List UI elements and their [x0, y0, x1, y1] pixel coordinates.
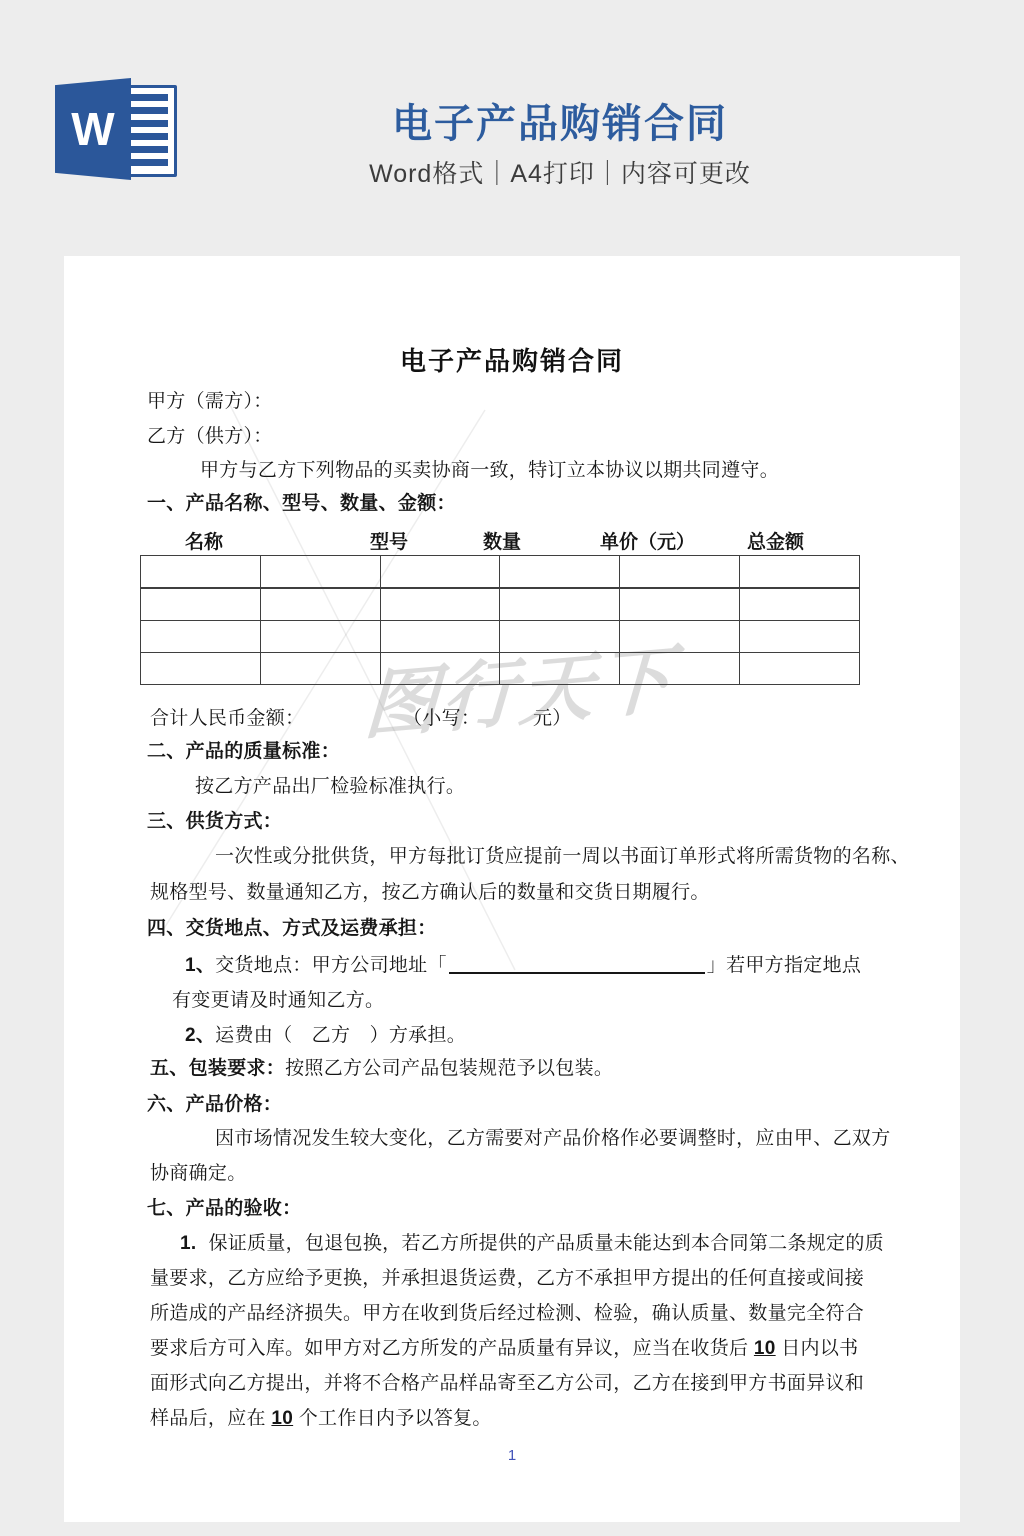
item-number: 1. [180, 1233, 196, 1254]
table-column-header: 单价（元） [600, 527, 695, 554]
table-cell [141, 653, 261, 685]
section3-line1: 一次性或分批供货，甲方每批订货应提前一周以书面订单形式将所需货物的名称、 [215, 841, 910, 868]
section6-line1: 因市场情况发生较大变化，乙方需要对产品价格作必要调整时，应由甲、乙双方 [215, 1123, 891, 1150]
section5-heading: 五、包装要求： [150, 1058, 285, 1079]
section7-line6-pre: 样品后，应在 [150, 1408, 266, 1429]
table-cell [740, 653, 860, 685]
days-value: 10 [754, 1338, 776, 1359]
delivery-location-text: 交货地点：甲方公司地址「 [215, 955, 447, 976]
item-number: 1、 [185, 955, 215, 976]
delivery-location-cont: 有变更请及时通知乙方。 [172, 985, 384, 1012]
total-amount-label: 合计人民币金额： [150, 703, 304, 730]
table-column-header: 名称 [185, 527, 223, 554]
document-page: 图行天下 电子产品购销合同 甲方（需方）： 乙方（供方）： 甲方与乙方下列物品的… [64, 256, 960, 1522]
table-column-header: 总金额 [747, 527, 804, 554]
section1-heading: 一、产品名称、型号、数量、金额： [147, 488, 456, 515]
table-cell [380, 588, 500, 621]
table-column-header: 型号 [370, 527, 408, 554]
section7-line6-post: 个工作日内予以答复。 [299, 1408, 492, 1429]
section5-body: 按照乙方公司产品包装规范予以包装。 [285, 1058, 613, 1079]
section7-heading: 七、产品的验收： [147, 1193, 301, 1220]
table-row [141, 556, 860, 589]
table-cell [260, 556, 380, 589]
section7-line4-pre: 要求后方可入库。如甲方对乙方所发的产品质量有异议，应当在收货后 [150, 1338, 748, 1359]
section7-line2: 量要求，乙方应给予更换，并承担退货运费，乙方不承担甲方提出的任何直接或间接 [150, 1263, 864, 1290]
section7-line5: 面形式向乙方提出，并将不合格产品样品寄至乙方公司，乙方在接到甲方书面异议和 [150, 1368, 864, 1395]
table-cell [620, 588, 740, 621]
section7-line3: 所造成的产品经济损失。甲方在收到货后经过检测、检验，确认质量、数量完全符合 [150, 1298, 864, 1325]
table-cell [740, 556, 860, 589]
section3-heading: 三、供货方式： [147, 806, 282, 833]
total-amount-small-label: （小写： [403, 703, 480, 730]
table-cell [260, 621, 380, 653]
table-row [141, 588, 860, 621]
delivery-location-line: 1、交货地点：甲方公司地址「」若甲方指定地点 [185, 950, 861, 977]
table-column-header: 数量 [483, 527, 521, 554]
section7-line4: 要求后方可入库。如甲方对乙方所发的产品质量有异议，应当在收货后 10 日内以书 [150, 1333, 858, 1360]
table-cell [620, 621, 740, 653]
section7-line1-text: 保证质量，包退包换，若乙方所提供的产品质量未能达到本合同第二条规定的质 [208, 1233, 884, 1254]
total-amount-unit: 元） [533, 703, 572, 730]
product-table [140, 555, 860, 685]
table-cell [380, 556, 500, 589]
freight-text: 运费由（ 乙方 ）方承担。 [215, 1025, 466, 1046]
word-icon-letter: W [71, 102, 114, 156]
table-cell [500, 653, 620, 685]
section2-body: 按乙方产品出厂检验标准执行。 [195, 771, 465, 798]
section7-line1: 1.保证质量，包退包换，若乙方所提供的产品质量未能达到本合同第二条规定的质 [180, 1228, 884, 1255]
section5-line: 五、包装要求：按照乙方公司产品包装规范予以包装。 [150, 1053, 613, 1080]
section7-line4-post: 日内以书 [781, 1338, 858, 1359]
workdays-value: 10 [271, 1408, 293, 1429]
table-cell [141, 621, 261, 653]
section2-heading: 二、产品的质量标准： [147, 736, 340, 763]
table-cell [380, 653, 500, 685]
table-row [141, 653, 860, 685]
section3-line2: 规格型号、数量通知乙方，按乙方确认后的数量和交货日期履行。 [150, 877, 710, 904]
address-blank-line [449, 954, 705, 974]
table-cell [260, 653, 380, 685]
page-number: 1 [64, 1447, 960, 1464]
party-a-line: 甲方（需方）： [147, 386, 273, 413]
table-cell [620, 653, 740, 685]
template-subtitle: Word格式｜A4打印｜内容可更改 [160, 154, 960, 190]
table-cell [260, 588, 380, 621]
freight-line: 2、运费由（ 乙方 ）方承担。 [185, 1020, 466, 1047]
table-cell [141, 556, 261, 589]
table-cell [740, 621, 860, 653]
template-title: 电子产品购销合同 [160, 92, 960, 149]
intro-line: 甲方与乙方下列物品的买卖协商一致，特订立本协议以期共同遵守。 [200, 455, 779, 482]
product-table-body [141, 556, 860, 685]
table-cell [740, 588, 860, 621]
word-icon-cover: W [55, 78, 131, 180]
section4-heading: 四、交货地点、方式及运费承担： [147, 913, 437, 940]
table-cell [500, 588, 620, 621]
screenshot-root: W 电子产品购销合同 Word格式｜A4打印｜内容可更改 图行天下 电子产品购销… [0, 0, 1024, 1536]
item-number: 2、 [185, 1025, 215, 1046]
party-b-line: 乙方（供方）： [147, 421, 273, 448]
section7-line6: 样品后，应在 10 个工作日内予以答复。 [150, 1403, 492, 1430]
table-cell [380, 621, 500, 653]
table-cell [141, 588, 261, 621]
table-cell [500, 556, 620, 589]
document-title: 电子产品购销合同 [64, 341, 960, 378]
delivery-location-tail: 」若甲方指定地点 [707, 955, 861, 976]
section6-heading: 六、产品价格： [147, 1089, 282, 1116]
table-cell [500, 621, 620, 653]
table-cell [620, 556, 740, 589]
section6-line2: 协商确定。 [150, 1158, 247, 1185]
table-row [141, 621, 860, 653]
